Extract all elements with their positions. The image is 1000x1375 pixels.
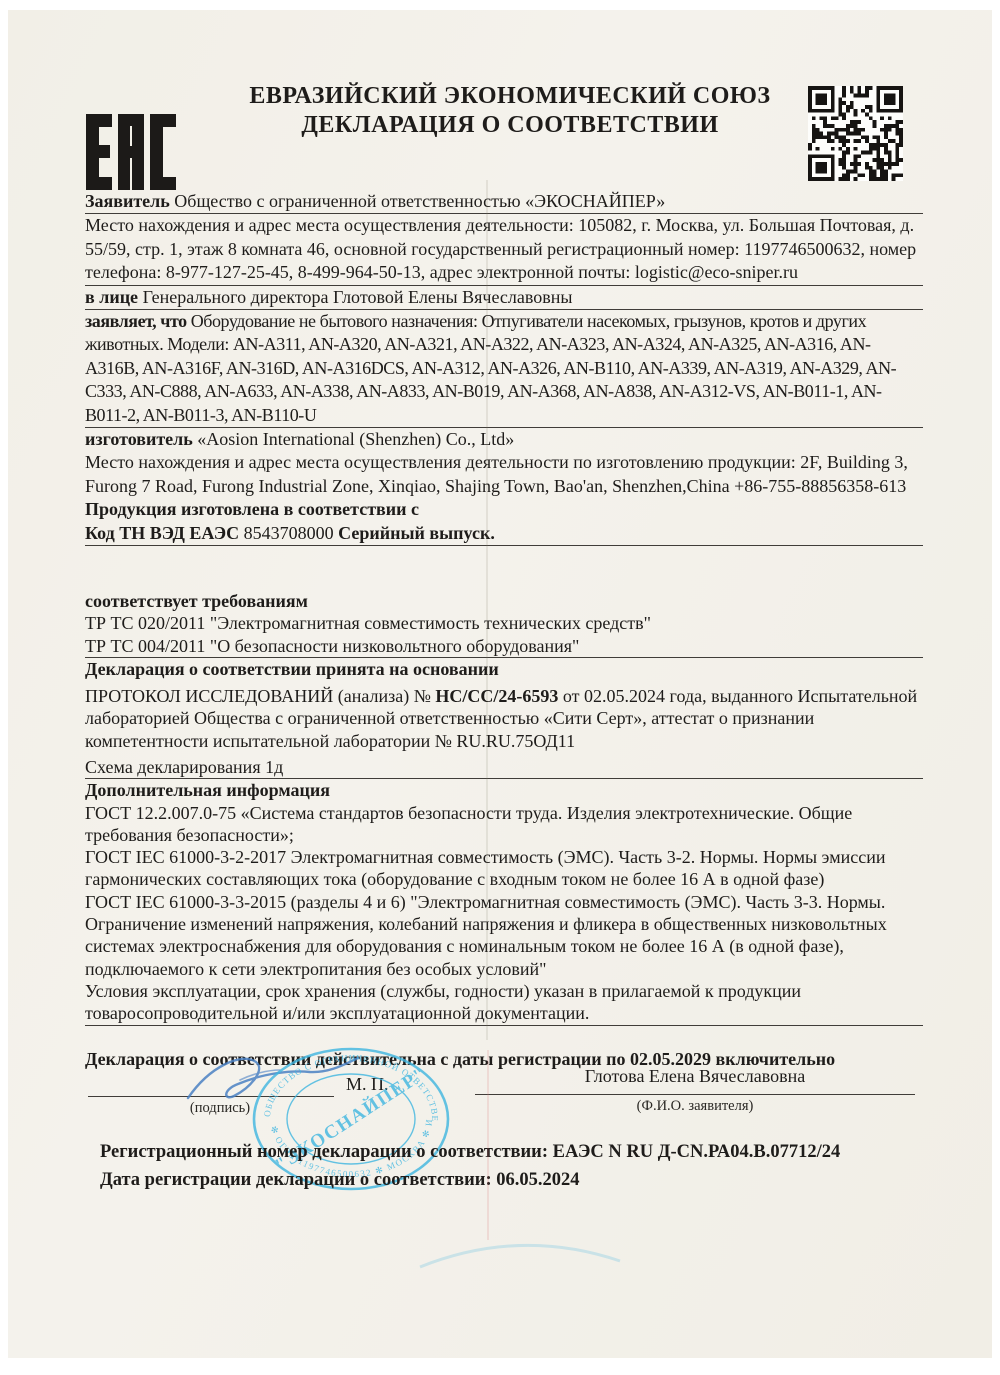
section-additional-info: Схема декларирования 1д Дополнительная и… bbox=[85, 756, 923, 1026]
applicant-value: Общество с ограниченной ответственностью… bbox=[174, 191, 665, 211]
adopted-on-basis: Декларация о соответствии принята на осн… bbox=[85, 658, 923, 680]
declares-label: заявляет, что bbox=[85, 311, 187, 331]
applicant-line: Заявитель Общество с ограниченной ответс… bbox=[85, 190, 923, 214]
protocol-line: ПРОТОКОЛ ИССЛЕДОВАНИЙ (анализа) № НС/СС/… bbox=[85, 685, 923, 752]
tn-ved-code: 8543708000 bbox=[244, 523, 334, 543]
title-line-union: ЕВРАЗИЙСКИЙ ЭКОНОМИЧЕСКИЙ СОЮЗ bbox=[150, 82, 870, 111]
represented-by-line: в лице Генерального директора Глотовой Е… bbox=[85, 286, 923, 310]
additional-info-label: Дополнительная информация bbox=[85, 779, 923, 801]
manufacturer-address: Место нахождения и адрес места осуществл… bbox=[85, 451, 923, 498]
section-applicant: Заявитель Общество с ограниченной ответс… bbox=[85, 190, 923, 546]
operating-conditions: Условия эксплуатации, срок хранения (слу… bbox=[85, 980, 923, 1026]
document-title: ЕВРАЗИЙСКИЙ ЭКОНОМИЧЕСКИЙ СОЮЗ ДЕКЛАРАЦИ… bbox=[150, 82, 870, 140]
declaration-scheme: Схема декларирования 1д bbox=[85, 756, 923, 779]
scan-margin-right bbox=[992, 0, 1000, 1375]
tr-ts-020: ТР ТС 020/2011 "Электромагнитная совмест… bbox=[85, 612, 923, 634]
manufacturer-label: изготовитель bbox=[85, 429, 193, 449]
title-line-declaration: ДЕКЛАРАЦИЯ О СООТВЕТСТВИИ bbox=[150, 111, 870, 140]
stamp-smudge bbox=[415, 1235, 625, 1277]
manufacturer-line: изготовитель «Aosion International (Shen… bbox=[85, 428, 923, 451]
gost-3: ГОСТ IEC 61000-3-3-2015 (разделы 4 и 6) … bbox=[85, 891, 923, 980]
made-in-accordance: Продукция изготовлена в соответствии с bbox=[85, 498, 923, 521]
tn-ved-label: Код ТН ВЭД ЕАЭС bbox=[85, 523, 239, 543]
scan-margin-bottom bbox=[0, 1358, 1000, 1375]
protocol-number: НС/СС/24-6593 bbox=[435, 686, 558, 706]
protocol-prefix: ПРОТОКОЛ ИССЛЕДОВАНИЙ (анализа) № bbox=[85, 686, 435, 706]
signer-name: Глотова Елена Вячеславовна bbox=[475, 1066, 915, 1087]
represented-by-value: Генерального директора Глотовой Елены Вя… bbox=[143, 287, 573, 307]
tr-ts-004: ТР ТС 004/2011 "О безопасности низковоль… bbox=[85, 635, 923, 658]
signer-name-line bbox=[475, 1094, 915, 1095]
manufacturer-value: «Aosion International (Shenzhen) Co., Lt… bbox=[197, 429, 514, 449]
applicant-label: Заявитель bbox=[85, 191, 170, 211]
scan-margin-left bbox=[0, 0, 8, 1375]
scanned-declaration-page: ЕВРАЗИЙСКИЙ ЭКОНОМИЧЕСКИЙ СОЮЗ ДЕКЛАРАЦИ… bbox=[0, 0, 1000, 1375]
declares-line: заявляет, что Оборудование не бытового н… bbox=[85, 310, 923, 428]
gost-1: ГОСТ 12.2.007.0-75 «Система стандартов б… bbox=[85, 802, 923, 847]
paper-sheet: ЕВРАЗИЙСКИЙ ЭКОНОМИЧЕСКИЙ СОЮЗ ДЕКЛАРАЦИ… bbox=[8, 10, 992, 1358]
serial-release: Серийный выпуск. bbox=[338, 523, 495, 543]
tn-ved-line: Код ТН ВЭД ЕАЭС 8543708000 Серийный выпу… bbox=[85, 522, 923, 546]
declares-value: Оборудование не бытового назначения: Отп… bbox=[85, 311, 896, 425]
registration-number-line: Регистрационный номер декларации о соотв… bbox=[100, 1138, 980, 1166]
section-requirements: соответствует требованиям ТР ТС 020/2011… bbox=[85, 590, 923, 752]
meets-requirements: соответствует требованиям bbox=[85, 590, 923, 612]
represented-by-label: в лице bbox=[85, 287, 138, 307]
registration-date-line: Дата регистрации декларации о соответств… bbox=[100, 1166, 980, 1194]
gost-2: ГОСТ IEC 61000-3-2-2017 Электромагнитная… bbox=[85, 846, 923, 891]
applicant-address: Место нахождения и адрес места осуществл… bbox=[85, 214, 923, 285]
registration-block: Регистрационный номер декларации о соотв… bbox=[100, 1138, 980, 1194]
qr-code bbox=[808, 86, 903, 181]
scan-margin-top bbox=[0, 0, 1000, 10]
signer-name-caption: (Ф.И.О. заявителя) bbox=[475, 1098, 915, 1115]
